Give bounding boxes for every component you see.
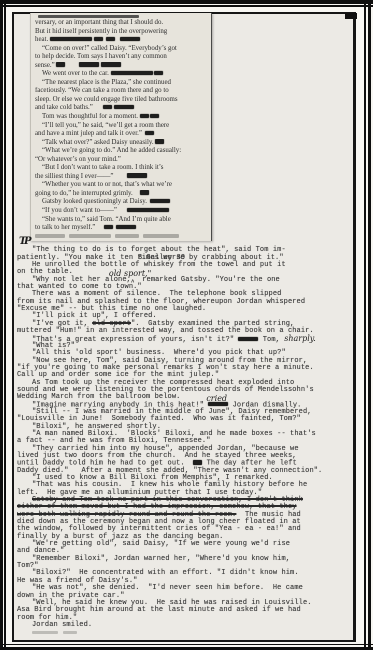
handwritten-paragraph-mark: TP [19, 238, 29, 245]
text-run [65, 62, 79, 69]
scan-border-top-line [0, 5, 373, 7]
ink-redaction [127, 173, 147, 178]
ink-redaction [103, 105, 112, 110]
faded-text-fragment [35, 234, 65, 238]
ink-redaction [50, 37, 92, 42]
clip-line: “She wants to,” said Tom. “And I’m quite… [35, 216, 209, 225]
faded-text-fragment [143, 234, 179, 238]
ink-redaction [155, 139, 164, 144]
scan-border-right-line [364, 0, 366, 650]
typescript-text-block: "The thing to do is to forget about the … [17, 247, 353, 629]
galley-header: TP B.Galley 39 [17, 240, 353, 247]
text-run: facetiously. “We can take a room there a… [35, 87, 169, 94]
text-run: muttered "Hum!" in an interested way, an… [17, 327, 314, 335]
text-run: We went over to the car. [42, 70, 111, 77]
clip-line: sleep. Or else we could engage five tile… [35, 96, 209, 105]
clip-line: “Come on over!” called Daisy. “Everybody… [35, 45, 209, 54]
ink-redaction [104, 225, 113, 230]
clip-line: to talk to her myself.” [35, 224, 209, 233]
text-run: to talk to her myself.” [35, 224, 104, 231]
text-run: remarked Gatsby. "You're the one [138, 276, 280, 284]
ink-redaction [94, 37, 103, 42]
text-run: the silliest thing I ever——” [35, 173, 127, 180]
text-run: lived just two doors from the church. An… [17, 452, 297, 460]
handwritten-insertion: old sport,"^ [131, 280, 138, 281]
clip-line: and have a mint julep and talk it over.” [35, 130, 209, 139]
clip-line: going to do,” he interrupted grimly. [35, 190, 209, 199]
faded-text-fragment [32, 631, 58, 635]
faded-text-fragment [115, 234, 139, 238]
ink-redaction [127, 208, 169, 213]
text-run: “Come on over!” called Daisy. “Everybody… [42, 45, 177, 52]
ink-redaction [238, 337, 258, 342]
ink-redaction [56, 62, 65, 67]
clip-line: “Talk what over?” asked Daisy uneasily. [35, 139, 209, 148]
clip-line: “If you don’t want to——” [35, 207, 209, 216]
ink-redaction [116, 225, 136, 230]
text-run: But it hid itself persistently in the ov… [35, 28, 167, 35]
ink-redaction [140, 114, 149, 119]
ink-redaction [140, 190, 149, 195]
ink-redaction [120, 37, 140, 42]
cut-off-line [35, 234, 209, 239]
ink-redaction [150, 199, 170, 204]
text-run: Tom, [258, 336, 284, 344]
ink-redaction [79, 62, 99, 67]
faded-text-fragment [69, 234, 111, 238]
clip-line: Tom was thoughtful for a moment. [35, 113, 209, 122]
ts-line: "Remember Biloxi", Jordan warned her, "W… [17, 556, 353, 563]
typescript-block: TP B.Galley 39 "The thing to do is to fo… [17, 240, 353, 635]
handwritten-note: old sport," [109, 270, 151, 277]
text-run: "Remember Biloxi", Jordan warned her, "W… [32, 555, 290, 563]
text-run: “What we’re going to do.” And he added c… [42, 147, 181, 154]
text-run: “Or whatever’s on your mind.” [35, 156, 121, 163]
torn-edge-smudge [38, 15, 139, 18]
clip-line: “What we’re going to do.” And he added c… [35, 147, 209, 156]
text-run: Tom was thoughtful for a moment. [42, 113, 140, 120]
clip-line: Gatsby looked questioningly at Daisy. [35, 198, 209, 207]
scan-border-bottom [0, 647, 373, 650]
ink-redaction [114, 105, 134, 110]
clip-line: We went over to the car. [35, 70, 209, 79]
text-run: to help decide. Tom says I haven’t any c… [35, 53, 167, 60]
ink-redaction [150, 114, 159, 119]
cut-off-line [17, 631, 353, 635]
ink-redaction [193, 460, 202, 465]
clip-line: “I’ll tell you,” he said, “we’ll get a r… [35, 122, 209, 131]
text-run: “Whether you want to or not, that’s what… [42, 181, 172, 188]
text-run: “Talk what over?” asked Daisy uneasily. [42, 139, 155, 146]
scan-border-right [368, 0, 371, 650]
scan-border-left [0, 0, 3, 650]
galley-number-label: B.Galley 39 [138, 254, 185, 262]
clip-line: “Whether you want to or not, that’s what… [35, 181, 209, 190]
text-run: “She wants to,” said Tom. “And I’m quite… [42, 216, 171, 223]
caret-mark: ^ [131, 279, 135, 286]
text-run: “If you don’t want to——” [42, 207, 127, 214]
clipping-text-block: versary, or an important thing that I sh… [35, 19, 209, 239]
scan-border-left-line [4, 0, 6, 650]
handwritten-note: cried [206, 395, 227, 402]
text-run: “I’ll tell you,” he said, “we’ll get a r… [42, 122, 169, 129]
clip-line: heat. [35, 36, 209, 45]
scan-border-bottom-line [0, 644, 373, 646]
ts-line: Jordan smiled. [17, 622, 353, 629]
clip-line: But it hid itself persistently in the ov… [35, 28, 209, 37]
text-run: going to do,” he interrupted grimly. [35, 190, 140, 197]
clip-line: sense.” [35, 62, 209, 71]
clip-line: facetiously. “We can take a room there a… [35, 87, 209, 96]
clip-line: “But I don’t want to take a room. I thin… [35, 164, 209, 173]
text-run: versary, or an important thing that I sh… [35, 19, 163, 26]
ink-redaction [145, 131, 154, 136]
clip-line: versary, or an important thing that I sh… [35, 19, 209, 28]
text-run: sleep. Or else we could engage five tile… [35, 96, 178, 103]
text-run: “But I don’t want to take a room. I thin… [42, 164, 163, 171]
scan-border-top [0, 0, 373, 4]
text-run: Gatsby looked questioningly at Daisy. [42, 198, 150, 205]
ink-redaction [111, 71, 153, 76]
clip-line: to help decide. Tom says I haven’t any c… [35, 53, 209, 62]
clip-line: “Or whatever’s on your mind.” [35, 156, 209, 165]
ink-redaction [154, 71, 163, 76]
text-run: sense.” [35, 62, 56, 69]
faded-text-fragment [63, 631, 77, 635]
text-run: Jordan smiled. [32, 621, 92, 629]
text-run: and have a mint julep and talk it over.” [35, 130, 145, 137]
pasted-newspaper-clipping: versary, or an important thing that I sh… [30, 13, 212, 241]
text-run: "We're getting old", said Daisy, "If we … [32, 540, 290, 548]
clip-line: the silliest thing I ever——” [35, 173, 209, 182]
ink-redaction [101, 62, 121, 67]
clip-line: “The nearest place is the Plaza,” she co… [35, 79, 209, 88]
clip-line: and take cold baths.” [35, 104, 209, 113]
ts-line: "We're getting old", said Daisy, "If we … [17, 541, 353, 548]
ink-redaction: cried [208, 402, 228, 407]
scanned-page: versary, or an important thing that I sh… [0, 0, 373, 650]
text-run: heat. [35, 36, 50, 43]
ink-corner-mark [345, 13, 357, 19]
text-run: “The nearest place is the Plaza,” she co… [42, 79, 171, 86]
handwritten-note: sharply. [284, 334, 316, 343]
text-run: and take cold baths.” [35, 104, 103, 111]
ink-redaction [106, 37, 115, 42]
